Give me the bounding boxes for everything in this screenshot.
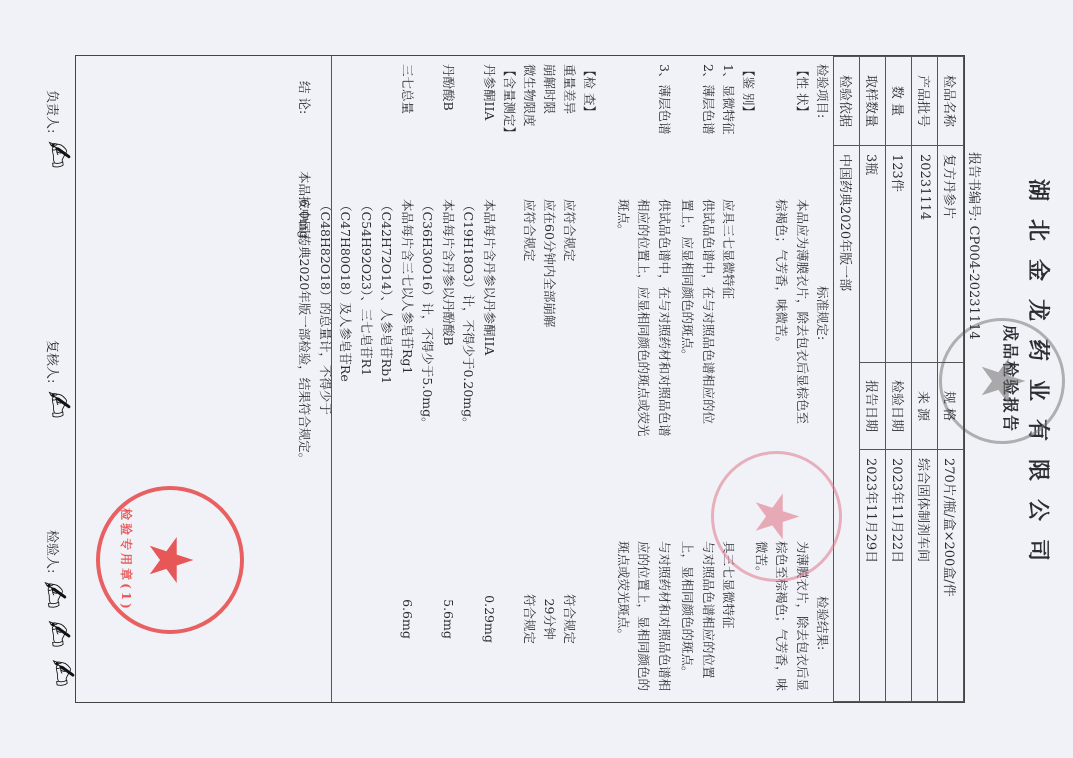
identification-result: 与对照药材和对照品色谱相应的位置上，显相同颜色的斑点或荧光斑点。 bbox=[613, 541, 675, 701]
star-icon: ★ bbox=[747, 490, 807, 544]
inspection-name: 微生物限度 bbox=[519, 64, 540, 174]
identification-name: 3、薄层色谱 bbox=[654, 64, 675, 174]
identification-title: 【鉴 别】 bbox=[738, 64, 759, 174]
assay-result: 5.6mg bbox=[438, 539, 459, 699]
source: 综合固体制剂车间 bbox=[912, 450, 938, 702]
appearance-standard: 本品应为薄膜衣片，除去包衣后显棕色至棕褐色；气芳香，味微苦。 bbox=[771, 199, 812, 429]
quantity: 123件 bbox=[886, 146, 912, 363]
divider bbox=[331, 56, 332, 702]
seal-inner-text: 检验专用章(1) bbox=[118, 508, 135, 612]
inspection-standard: 应在60分钟内全部崩解 bbox=[539, 199, 560, 499]
inspection-result: 29分钟 bbox=[539, 539, 560, 699]
assay-standard: 本品每片含丹参以丹酚酸B（C36H30O16）计，不得少于5.0mg。 bbox=[417, 199, 458, 439]
test-date: 2023年11月22日 bbox=[886, 450, 912, 702]
inspection-name: 重量差异 bbox=[559, 64, 580, 174]
sample-label: 取样数量 bbox=[860, 57, 886, 146]
identification-standard: 应具三七显微特征 bbox=[718, 199, 739, 499]
info-table: 检品名称 复方丹参片 规 格 270片/瓶/盒×200盒/件 产品批号 2023… bbox=[833, 56, 964, 702]
batch: 20231114 bbox=[912, 146, 938, 363]
reviewer-signature: ✍ bbox=[37, 388, 80, 421]
assay-standard: 本品每片含丹参以丹参酮IIA（C19H18O3）计，不得少于0.20mg。 bbox=[458, 199, 499, 439]
batch-label: 产品批号 bbox=[912, 57, 938, 146]
inspection-title: 【检 查】 bbox=[579, 64, 600, 174]
assay-result: 0.29mg bbox=[479, 539, 500, 699]
inspection-standard: 应符合规定 bbox=[559, 199, 580, 499]
test-date-label: 检验日期 bbox=[886, 363, 912, 450]
quantity-label: 数 量 bbox=[886, 57, 912, 146]
company-seal-middle: ★ bbox=[711, 451, 842, 582]
spec: 270片/瓶/盒×200盒/件 bbox=[938, 450, 964, 702]
product-name: 复方丹参片 bbox=[938, 146, 964, 363]
appearance-title: 【性 状】 bbox=[792, 64, 813, 174]
reviewer-label: 复核人: bbox=[44, 340, 63, 383]
identification-name: 1、显微特征 bbox=[718, 64, 739, 174]
source-label: 来 源 bbox=[912, 363, 938, 450]
inspection-name: 崩解时限 bbox=[539, 64, 560, 174]
sample: 3瓶 bbox=[860, 146, 886, 363]
assay-title: 【含量测定】 bbox=[499, 64, 520, 174]
identification-standard: 供试品色谱中，在与对照品色谱相应的位置上，应显相同颜色的斑点。 bbox=[677, 199, 718, 429]
product-name-label: 检品名称 bbox=[938, 57, 964, 146]
report-number-value: CP004-20231114 bbox=[966, 226, 981, 340]
report-frame: 检品名称 复方丹参片 规 格 270片/瓶/盒×200盒/件 产品批号 2023… bbox=[75, 55, 965, 703]
star-icon: ★ bbox=[140, 533, 200, 587]
basis-label: 检验依据 bbox=[834, 57, 860, 146]
items-label: 检验项目: bbox=[812, 64, 833, 174]
responsible-signature: ✍ bbox=[37, 138, 80, 171]
assay-name: 丹参酮IIA bbox=[479, 64, 500, 174]
assay-result: 6.6mg bbox=[397, 539, 418, 699]
result-header: 检验结果: bbox=[812, 596, 833, 756]
star-icon: ★ bbox=[972, 354, 1032, 408]
report-date-label: 报告日期 bbox=[860, 363, 886, 450]
identification-name: 2、薄层色谱 bbox=[698, 64, 719, 174]
report-date: 2023年11月29日 bbox=[860, 450, 886, 702]
report-number-label: 报告书编号: bbox=[966, 152, 981, 221]
report-number: 报告书编号: CP004-20231114 bbox=[966, 152, 985, 340]
inspection-seal: ★ 检验专用章(1) bbox=[96, 486, 244, 634]
conclusion-text: 本品按中国药典2020年版一部检验，结果符合规定。 bbox=[294, 171, 315, 571]
inspection-standard: 应符合规定 bbox=[519, 199, 540, 499]
basis: 中国药典2020年版一部 bbox=[834, 146, 860, 702]
inspection-result: 符合规定 bbox=[559, 539, 580, 699]
responsible-label: 负责人: bbox=[44, 90, 63, 133]
inspection-result: 符合规定 bbox=[519, 539, 540, 699]
report-page: 湖北金龙药业有限公司 成品检验报告 ★ 报告书编号: CP004-2023111… bbox=[0, 0, 1073, 758]
identification-standard: 供试品色谱中，在与对照药材和对照品色谱相应的位置上，应显相同颜色的斑点或荧光斑点… bbox=[613, 199, 675, 444]
assay-name: 丹酚酸B bbox=[438, 64, 459, 174]
identification-result: 与对照品色谱相应的位置上，显相同颜色的斑点。 bbox=[677, 541, 718, 701]
assay-name: 三七总量 bbox=[397, 64, 418, 174]
inspector-label: 检验人: bbox=[44, 530, 63, 573]
spec-label: 规 格 bbox=[938, 363, 964, 450]
